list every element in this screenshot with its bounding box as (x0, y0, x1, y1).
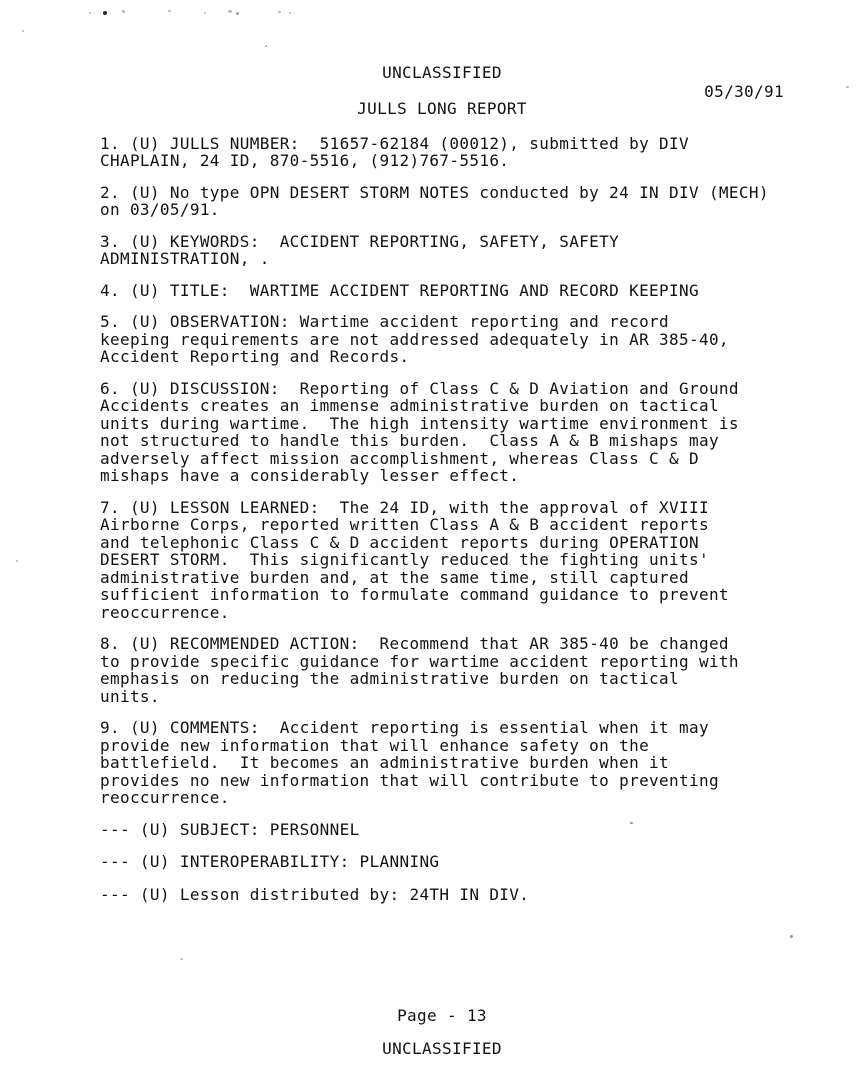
note-subject: --- (U) SUBJECT: PERSONNEL (100, 821, 784, 839)
scan-speck (180, 958, 183, 960)
paragraph-3-keywords: 3. (U) KEYWORDS: ACCIDENT REPORTING, SAF… (100, 233, 784, 268)
scan-speck (204, 12, 206, 14)
note-distribution: --- (U) Lesson distributed by: 24TH IN D… (100, 886, 784, 904)
scan-speck (168, 10, 171, 12)
scan-speck (228, 10, 232, 13)
scan-speck (236, 12, 239, 15)
scan-speck (846, 86, 849, 88)
scan-speck (265, 45, 267, 47)
classification-header: UNCLASSIFIED (100, 64, 784, 82)
paragraph-9-comments: 9. (U) COMMENTS: Accident reporting is e… (100, 719, 784, 807)
scan-speck (289, 12, 291, 14)
document-body: UNCLASSIFIED 05/30/91 JULLS LONG REPORT … (100, 64, 784, 918)
scan-speck (16, 560, 18, 562)
classification-footer: UNCLASSIFIED (100, 1039, 784, 1058)
paragraph-1-julls-number: 1. (U) JULLS NUMBER: 51657-62184 (00012)… (100, 135, 784, 170)
scan-speck (122, 10, 125, 13)
scan-speck (790, 935, 793, 938)
scanned-document-page: UNCLASSIFIED 05/30/91 JULLS LONG REPORT … (0, 0, 856, 1088)
note-interoperability: --- (U) INTEROPERABILITY: PLANNING (100, 853, 784, 871)
document-date: 05/30/91 (100, 83, 784, 101)
scan-speck (278, 11, 281, 13)
scan-speck (89, 12, 91, 14)
paragraph-6-discussion: 6. (U) DISCUSSION: Reporting of Class C … (100, 380, 784, 485)
page-number: Page - 13 (100, 1006, 784, 1025)
paragraph-8-recommended-action: 8. (U) RECOMMENDED ACTION: Recommend tha… (100, 635, 784, 705)
scan-speck (103, 11, 107, 15)
scan-speck (22, 30, 24, 32)
paragraph-7-lesson-learned: 7. (U) LESSON LEARNED: The 24 ID, with t… (100, 499, 784, 622)
paragraph-2-opn-notes: 2. (U) No type OPN DESERT STORM NOTES co… (100, 184, 784, 219)
report-title: JULLS LONG REPORT (100, 100, 784, 118)
paragraph-5-observation: 5. (U) OBSERVATION: Wartime accident rep… (100, 313, 784, 366)
paragraph-4-title: 4. (U) TITLE: WARTIME ACCIDENT REPORTING… (100, 282, 784, 300)
